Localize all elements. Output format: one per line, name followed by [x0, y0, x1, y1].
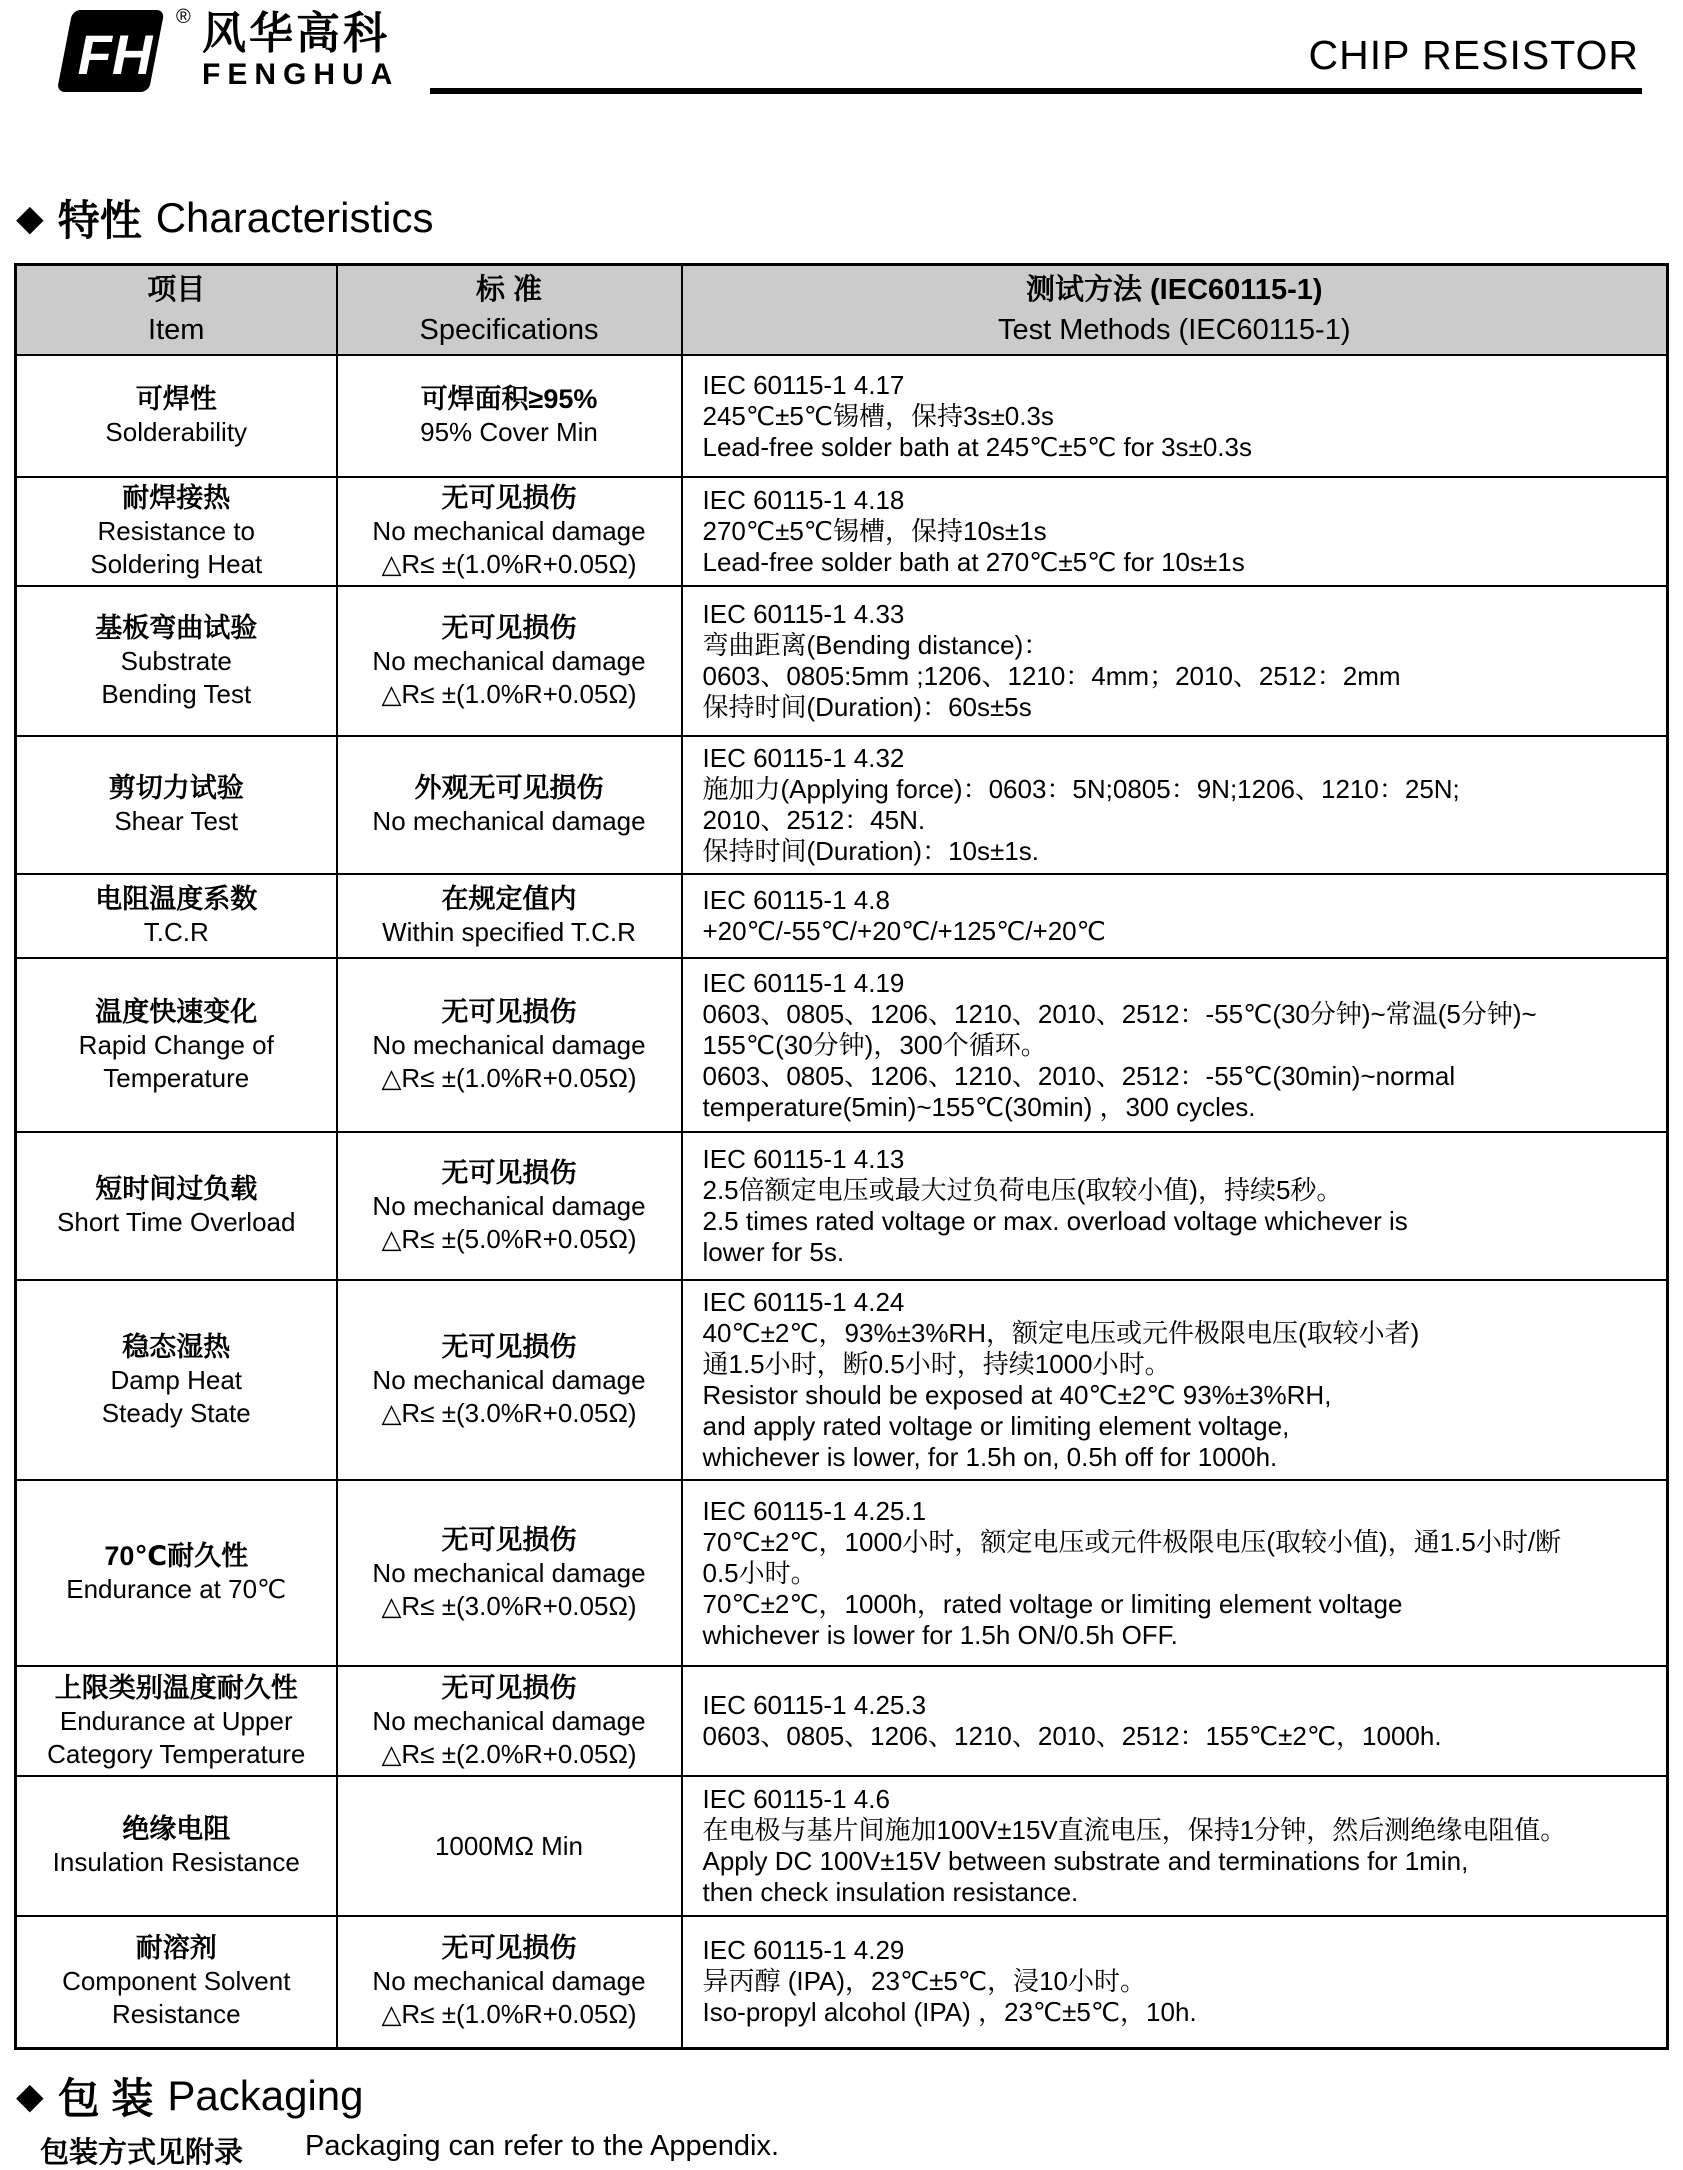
header-test-methods: 测试方法 (IEC60115-1) Test Methods (IEC60115… — [682, 265, 1668, 356]
table-header-row: 项目 Item 标 准 Specifications 测试方法 (IEC6011… — [16, 265, 1668, 356]
text-line: Solderability — [23, 416, 330, 449]
table-row: 耐溶剂Component SolventResistance无可见损伤No me… — [16, 1916, 1668, 2048]
text-line: △R≤ ±(2.0%R+0.05Ω) — [344, 1738, 675, 1771]
text-line: IEC 60115-1 4.19 — [703, 968, 1659, 999]
table-row: 上限类别温度耐久性Endurance at UpperCategory Temp… — [16, 1666, 1668, 1776]
text-line: 无可见损伤 — [344, 482, 675, 515]
text-line: △R≤ ±(3.0%R+0.05Ω) — [344, 1590, 675, 1623]
text-line: 95% Cover Min — [344, 416, 675, 449]
text-line: IEC 60115-1 4.13 — [703, 1144, 1659, 1175]
text-line: IEC 60115-1 4.33 — [703, 599, 1659, 630]
text-line: Soldering Heat — [23, 548, 330, 581]
header-item-en: Item — [18, 310, 335, 350]
text-line: 电阻温度系数 — [23, 883, 330, 916]
text-line: IEC 60115-1 4.17 — [703, 370, 1659, 401]
table-row: 电阻温度系数T.C.R在规定值内Within specified T.C.RIE… — [16, 874, 1668, 958]
spec-cell: 无可见损伤No mechanical damage△R≤ ±(1.0%R+0.0… — [337, 586, 682, 736]
method-cell: IEC 60115-1 4.18270℃±5℃锡槽，保持10s±1sLead-f… — [682, 477, 1668, 586]
spec-cell: 无可见损伤No mechanical damage△R≤ ±(2.0%R+0.0… — [337, 1666, 682, 1776]
table-row: 短时间过负载Short Time Overload无可见损伤No mechani… — [16, 1132, 1668, 1280]
text-line: +20℃/-55℃/+20℃/+125℃/+20℃ — [703, 916, 1659, 947]
text-line: Insulation Resistance — [23, 1846, 330, 1879]
text-line: then check insulation resistance. — [703, 1877, 1659, 1908]
item-cell: 70℃耐久性Endurance at 70℃ — [16, 1480, 337, 1666]
item-cell: 可焊性Solderability — [16, 355, 337, 477]
table-row: 70℃耐久性Endurance at 70℃无可见损伤No mechanical… — [16, 1480, 1668, 1666]
text-line: 70℃±2℃，1000小时，额定电压或元件极限电压(取较小值)，通1.5小时/断 — [703, 1527, 1659, 1558]
item-cell: 剪切力试验Shear Test — [16, 736, 337, 874]
text-line: whichever is lower, for 1.5h on, 0.5h of… — [703, 1442, 1659, 1473]
page-title: CHIP RESISTOR — [1309, 32, 1639, 79]
text-line: lower for 5s. — [703, 1237, 1659, 1268]
text-line: Short Time Overload — [23, 1206, 330, 1239]
method-cell: IEC 60115-1 4.33弯曲距离(Bending distance)：0… — [682, 586, 1668, 736]
header-spec-zh: 标 准 — [339, 270, 680, 310]
text-line: △R≤ ±(1.0%R+0.05Ω) — [344, 548, 675, 581]
text-line: 稳态湿热 — [23, 1331, 330, 1364]
characteristics-table-body: 可焊性Solderability可焊面积≥95%95% Cover MinIEC… — [16, 355, 1668, 2048]
text-line: 无可见损伤 — [344, 996, 675, 1029]
text-line: 0603、0805、1206、1210、2010、2512：-55℃(30分钟)… — [703, 999, 1659, 1030]
text-line: No mechanical damage — [344, 1965, 675, 1998]
packaging-note-zh: 包装方式见附录 — [40, 2130, 243, 2170]
text-line: Shear Test — [23, 805, 330, 838]
registered-mark: ® — [176, 6, 191, 29]
text-line: 异丙醇 (IPA)，23℃±5℃，浸10小时。 — [703, 1966, 1659, 1997]
spec-cell: 无可见损伤No mechanical damage△R≤ ±(3.0%R+0.0… — [337, 1480, 682, 1666]
fenghua-logo-icon: FH — [55, 8, 167, 99]
header-rule — [430, 88, 1642, 94]
text-line: Resistance — [23, 1998, 330, 2031]
table-row: 绝缘电阻Insulation Resistance1000MΩ MinIEC 6… — [16, 1776, 1668, 1916]
packaging-title-zh: 包 装 — [58, 2066, 154, 2126]
characteristics-title-en: Characteristics — [156, 194, 434, 242]
fenghua-logo: 风华高科 FENGHUA — [202, 12, 399, 90]
method-cell: IEC 60115-1 4.25.30603、0805、1206、1210、20… — [682, 1666, 1668, 1776]
item-cell: 耐焊接热Resistance toSoldering Heat — [16, 477, 337, 586]
text-line: 在电极与基片间施加100V±15V直流电压，保持1分钟，然后测绝缘电阻值。 — [703, 1815, 1659, 1846]
table-row: 基板弯曲试验SubstrateBending Test无可见损伤No mecha… — [16, 586, 1668, 736]
text-line: 基板弯曲试验 — [23, 612, 330, 645]
text-line: 弯曲距离(Bending distance)： — [703, 630, 1659, 661]
header-specifications: 标 准 Specifications — [337, 265, 682, 356]
text-line: Resistor should be exposed at 40℃±2℃ 93%… — [703, 1380, 1659, 1411]
packaging-title-en: Packaging — [167, 2072, 363, 2120]
text-line: 无可见损伤 — [344, 1932, 675, 1965]
logo-chinese-text: 风华高科 — [202, 12, 399, 56]
item-cell: 电阻温度系数T.C.R — [16, 874, 337, 958]
item-cell: 耐溶剂Component SolventResistance — [16, 1916, 337, 2048]
text-line: 70℃±2℃，1000h，rated voltage or limiting e… — [703, 1589, 1659, 1620]
text-line: Substrate — [23, 645, 330, 678]
text-line: Lead-free solder bath at 245℃±5℃ for 3s±… — [703, 432, 1659, 463]
method-cell: IEC 60115-1 4.25.170℃±2℃，1000小时，额定电压或元件极… — [682, 1480, 1668, 1666]
packaging-note-en: Packaging can refer to the Appendix. — [305, 2130, 779, 2170]
text-line: 绝缘电阻 — [23, 1813, 330, 1846]
text-line: and apply rated voltage or limiting elem… — [703, 1411, 1659, 1442]
header-spec-en: Specifications — [339, 310, 680, 350]
text-line: IEC 60115-1 4.6 — [703, 1784, 1659, 1815]
header-method-en: Test Methods (IEC60115-1) — [684, 310, 1666, 350]
diamond-icon: ◆ — [16, 2078, 44, 2114]
spec-cell: 1000MΩ Min — [337, 1776, 682, 1916]
text-line: IEC 60115-1 4.25.3 — [703, 1690, 1659, 1721]
text-line: Damp Heat — [23, 1364, 330, 1397]
text-line: Endurance at 70℃ — [23, 1573, 330, 1606]
item-cell: 绝缘电阻Insulation Resistance — [16, 1776, 337, 1916]
text-line: △R≤ ±(1.0%R+0.05Ω) — [344, 1062, 675, 1095]
text-line: 245℃±5℃锡槽，保持3s±0.3s — [703, 401, 1659, 432]
text-line: No mechanical damage — [344, 1364, 675, 1397]
spec-cell: 无可见损伤No mechanical damage△R≤ ±(5.0%R+0.0… — [337, 1132, 682, 1280]
text-line: △R≤ ±(3.0%R+0.05Ω) — [344, 1397, 675, 1430]
text-line: No mechanical damage — [344, 805, 675, 838]
text-line: No mechanical damage — [344, 1029, 675, 1062]
text-line: △R≤ ±(1.0%R+0.05Ω) — [344, 1998, 675, 2031]
text-line: No mechanical damage — [344, 1190, 675, 1223]
text-line: 0603、0805、1206、1210、2010、2512：155℃±2℃，10… — [703, 1721, 1659, 1752]
text-line: 耐溶剂 — [23, 1932, 330, 1965]
text-line: 剪切力试验 — [23, 772, 330, 805]
text-line: Within specified T.C.R — [344, 916, 675, 949]
item-cell: 短时间过负载Short Time Overload — [16, 1132, 337, 1280]
method-cell: IEC 60115-1 4.17245℃±5℃锡槽，保持3s±0.3sLead-… — [682, 355, 1668, 477]
text-line: Steady State — [23, 1397, 330, 1430]
spec-cell: 可焊面积≥95%95% Cover Min — [337, 355, 682, 477]
svg-text:FH: FH — [78, 23, 154, 86]
text-line: 40℃±2℃，93%±3%RH，额定电压或元件极限电压(取较小者) — [703, 1318, 1659, 1349]
method-cell: IEC 60115-1 4.2440℃±2℃，93%±3%RH，额定电压或元件极… — [682, 1280, 1668, 1480]
item-cell: 温度快速变化Rapid Change ofTemperature — [16, 958, 337, 1132]
spec-cell: 外观无可见损伤No mechanical damage — [337, 736, 682, 874]
text-line: 70℃耐久性 — [23, 1540, 330, 1573]
text-line: Bending Test — [23, 678, 330, 711]
text-line: Temperature — [23, 1062, 330, 1095]
text-line: Endurance at Upper — [23, 1705, 330, 1738]
method-cell: IEC 60115-1 4.132.5倍额定电压或最大过负荷电压(取较小值)，持… — [682, 1132, 1668, 1280]
text-line: 155℃(30分钟)，300个循环。 — [703, 1030, 1659, 1061]
text-line: 外观无可见损伤 — [344, 772, 675, 805]
text-line: temperature(5min)~155℃(30min) ，300 cycle… — [703, 1092, 1659, 1123]
text-line: 短时间过负载 — [23, 1173, 330, 1206]
text-line: △R≤ ±(1.0%R+0.05Ω) — [344, 678, 675, 711]
text-line: Component Solvent — [23, 1965, 330, 1998]
table-row: 可焊性Solderability可焊面积≥95%95% Cover MinIEC… — [16, 355, 1668, 477]
item-cell: 基板弯曲试验SubstrateBending Test — [16, 586, 337, 736]
text-line: No mechanical damage — [344, 1705, 675, 1738]
diamond-icon: ◆ — [16, 200, 44, 236]
text-line: 在规定值内 — [344, 883, 675, 916]
text-line: IEC 60115-1 4.25.1 — [703, 1496, 1659, 1527]
packaging-section-title: ◆ 包 装 Packaging — [16, 2066, 364, 2126]
text-line: IEC 60115-1 4.8 — [703, 885, 1659, 916]
method-cell: IEC 60115-1 4.32施加力(Applying force)：0603… — [682, 736, 1668, 874]
text-line: Category Temperature — [23, 1738, 330, 1771]
packaging-note: 包装方式见附录 Packaging can refer to the Appen… — [40, 2130, 779, 2170]
text-line: 1000MΩ Min — [344, 1830, 675, 1863]
text-line: Lead-free solder bath at 270℃±5℃ for 10s… — [703, 547, 1659, 578]
item-cell: 稳态湿热Damp HeatSteady State — [16, 1280, 337, 1480]
text-line: 2.5倍额定电压或最大过负荷电压(取较小值)，持续5秒。 — [703, 1175, 1659, 1206]
characteristics-table: 项目 Item 标 准 Specifications 测试方法 (IEC6011… — [14, 263, 1669, 2050]
header-item-zh: 项目 — [18, 270, 335, 310]
text-line: 保持时间(Duration)：10s±1s. — [703, 836, 1659, 867]
text-line: IEC 60115-1 4.24 — [703, 1287, 1659, 1318]
text-line: 上限类别温度耐久性 — [23, 1672, 330, 1705]
text-line: 0603、0805:5mm ;1206、1210：4mm；2010、2512：2… — [703, 661, 1659, 692]
text-line: IEC 60115-1 4.29 — [703, 1935, 1659, 1966]
header-item: 项目 Item — [16, 265, 337, 356]
datasheet-page: FH ® 风华高科 FENGHUA CHIP RESISTOR ◆ 特性 Cha… — [0, 0, 1683, 2170]
characteristics-title-zh: 特性 — [58, 188, 142, 248]
table-row: 稳态湿热Damp HeatSteady State无可见损伤No mechani… — [16, 1280, 1668, 1480]
method-cell: IEC 60115-1 4.29异丙醇 (IPA)，23℃±5℃，浸10小时。I… — [682, 1916, 1668, 2048]
table-row: 剪切力试验Shear Test外观无可见损伤No mechanical dama… — [16, 736, 1668, 874]
text-line: 无可见损伤 — [344, 1331, 675, 1364]
text-line: No mechanical damage — [344, 1557, 675, 1590]
text-line: Resistance to — [23, 515, 330, 548]
text-line: 温度快速变化 — [23, 996, 330, 1029]
text-line: 可焊面积≥95% — [344, 383, 675, 416]
method-cell: IEC 60115-1 4.6在电极与基片间施加100V±15V直流电压，保持1… — [682, 1776, 1668, 1916]
spec-cell: 无可见损伤No mechanical damage△R≤ ±(1.0%R+0.0… — [337, 477, 682, 586]
text-line: 保持时间(Duration)：60s±5s — [703, 692, 1659, 723]
text-line: No mechanical damage — [344, 645, 675, 678]
characteristics-section-title: ◆ 特性 Characteristics — [16, 188, 433, 248]
text-line: IEC 60115-1 4.18 — [703, 485, 1659, 516]
text-line: 2.5 times rated voltage or max. overload… — [703, 1206, 1659, 1237]
logo-english-text: FENGHUA — [202, 60, 399, 90]
spec-cell: 无可见损伤No mechanical damage△R≤ ±(3.0%R+0.0… — [337, 1280, 682, 1480]
text-line: Iso-propyl alcohol (IPA) ，23℃±5℃，10h. — [703, 1997, 1659, 2028]
text-line: 无可见损伤 — [344, 1157, 675, 1190]
text-line: 2010、2512：45N. — [703, 805, 1659, 836]
text-line: 无可见损伤 — [344, 1672, 675, 1705]
method-cell: IEC 60115-1 4.190603、0805、1206、1210、2010… — [682, 958, 1668, 1132]
text-line: 0603、0805、1206、1210、2010、2512：-55℃(30min… — [703, 1061, 1659, 1092]
spec-cell: 无可见损伤No mechanical damage△R≤ ±(1.0%R+0.0… — [337, 958, 682, 1132]
table-row: 耐焊接热Resistance toSoldering Heat无可见损伤No m… — [16, 477, 1668, 586]
text-line: 可焊性 — [23, 383, 330, 416]
text-line: IEC 60115-1 4.32 — [703, 743, 1659, 774]
text-line: whichever is lower for 1.5h ON/0.5h OFF. — [703, 1620, 1659, 1651]
text-line: 0.5小时。 — [703, 1558, 1659, 1589]
text-line: Apply DC 100V±15V between substrate and … — [703, 1846, 1659, 1877]
text-line: 无可见损伤 — [344, 1524, 675, 1557]
spec-cell: 无可见损伤No mechanical damage△R≤ ±(1.0%R+0.0… — [337, 1916, 682, 2048]
text-line: 施加力(Applying force)：0603：5N;0805：9N;1206… — [703, 774, 1659, 805]
item-cell: 上限类别温度耐久性Endurance at UpperCategory Temp… — [16, 1666, 337, 1776]
spec-cell: 在规定值内Within specified T.C.R — [337, 874, 682, 958]
text-line: T.C.R — [23, 916, 330, 949]
text-line: △R≤ ±(5.0%R+0.05Ω) — [344, 1223, 675, 1256]
table-row: 温度快速变化Rapid Change ofTemperature无可见损伤No … — [16, 958, 1668, 1132]
method-cell: IEC 60115-1 4.8+20℃/-55℃/+20℃/+125℃/+20℃ — [682, 874, 1668, 958]
text-line: 270℃±5℃锡槽，保持10s±1s — [703, 516, 1659, 547]
text-line: No mechanical damage — [344, 515, 675, 548]
text-line: Rapid Change of — [23, 1029, 330, 1062]
text-line: 无可见损伤 — [344, 612, 675, 645]
text-line: 耐焊接热 — [23, 482, 330, 515]
text-line: 通1.5小时，断0.5小时，持续1000小时。 — [703, 1349, 1659, 1380]
header-method-zh: 测试方法 (IEC60115-1) — [684, 270, 1666, 310]
